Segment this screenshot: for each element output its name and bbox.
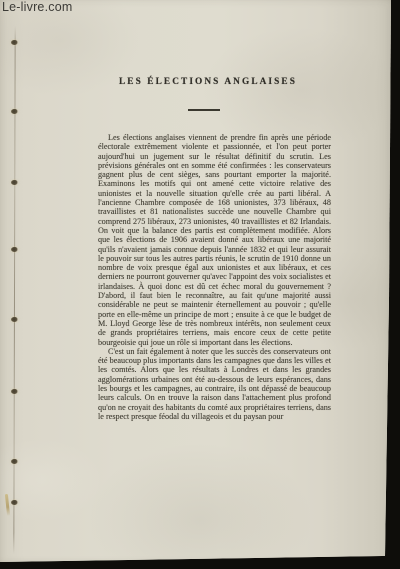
title-divider — [188, 109, 220, 111]
stitch-knot — [11, 180, 18, 185]
paragraph: C'est un fait également à noter que les … — [98, 347, 331, 421]
paragraph: Les élections anglaises viennent de pren… — [98, 133, 331, 347]
watermark-text: Le-livre.com — [2, 0, 72, 14]
stitch-knot — [11, 389, 18, 394]
stitch-knot — [11, 317, 18, 322]
stitch-knot — [11, 40, 18, 45]
stitch-knot — [11, 500, 18, 505]
article-body: Les élections anglaises viennent de pren… — [98, 133, 331, 421]
scanned-page: Le-livre.com LES ÉLECTIONS ANGLAISES Les… — [0, 0, 400, 569]
binding-thread — [13, 26, 15, 554]
stitch-knot — [11, 459, 18, 464]
stitch-knot — [11, 109, 18, 114]
photo-background-edge — [384, 0, 400, 569]
scan-photo: { "watermark": { "text": "Le-livre.com" … — [0, 0, 400, 569]
thread-tail — [5, 494, 10, 516]
stitch-knot — [11, 247, 18, 252]
article-title: LES ÉLECTIONS ANGLAISES — [88, 77, 328, 87]
